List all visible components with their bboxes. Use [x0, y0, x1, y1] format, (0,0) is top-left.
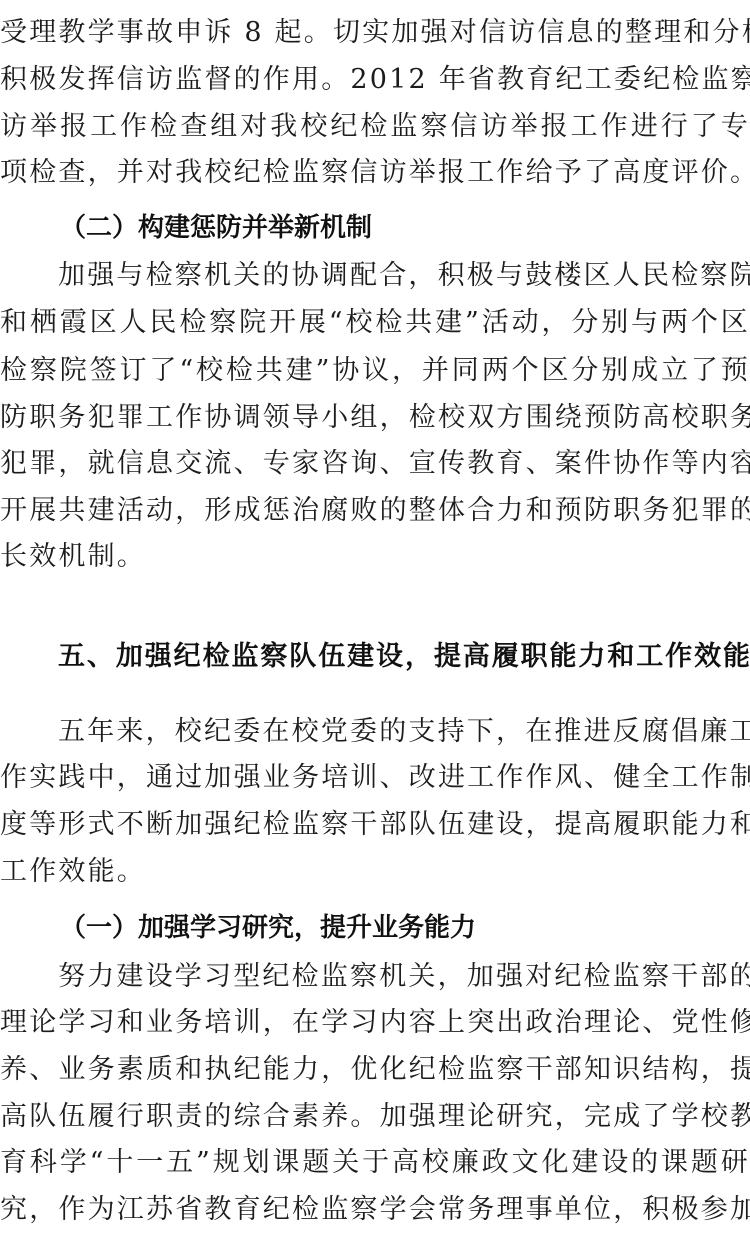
paragraph-line: 开展共建活动，形成惩治腐败的整体合力和预防职务犯罪的 [0, 491, 750, 531]
paragraph-line: 五年来，校纪委在校党委的支持下，在推进反腐倡廉工 [0, 712, 750, 752]
paragraph-line: 高队伍履行职责的综合素养。加强理论研究，完成了学校教 [0, 1097, 750, 1137]
paragraph-line: 育科学“十一五”规划课题关于高校廉政文化建设的课题研 [0, 1143, 750, 1183]
paragraph-line: 究，作为江苏省教育纪检监察学会常务理事单位，积极参加 [0, 1190, 750, 1230]
paragraph-line: 访举报工作检查组对我校纪检监察信访举报工作进行了专 [0, 107, 750, 147]
paragraph-line: 防职务犯罪工作协调领导小组，检校双方围绕预防高校职务 [0, 398, 750, 438]
paragraph-line: 作实践中，通过加强业务培训、改进工作作风、健全工作制 [0, 758, 750, 798]
paragraph-line: 长效机制。 [0, 537, 750, 577]
paragraph-line: 度等形式不断加强纪检监察干部队伍建设，提高履职能力和 [0, 805, 750, 845]
paragraph-line: 养、业务素质和执纪能力，优化纪检监察干部知识结构，提 [0, 1050, 750, 1090]
paragraph-line: 积极发挥信访监督的作用。2012 年省教育纪工委纪检监察信 [0, 60, 750, 100]
paragraph-line: 理论学习和业务培训，在学习内容上突出政治理论、党性修 [0, 1003, 750, 1043]
paragraph-line: 项检查，并对我校纪检监察信访举报工作给予了高度评价。 [0, 153, 750, 193]
section-heading: 五、加强纪检监察队伍建设，提高履职能力和工作效能 [58, 637, 750, 677]
paragraph-line: 检察院签订了“校检共建”协议，并同两个区分别成立了预 [0, 351, 750, 391]
paragraph-line: 加强与检察机关的协调配合，积极与鼓楼区人民检察院 [0, 256, 750, 296]
section-subheading: （二）构建惩防并举新机制 [60, 208, 372, 248]
paragraph-line: 工作效能。 [0, 852, 750, 892]
section-subheading: （一）加强学习研究，提升业务能力 [60, 908, 476, 948]
paragraph-line: 努力建设学习型纪检监察机关，加强对纪检监察干部的 [0, 957, 750, 997]
paragraph-line: 犯罪，就信息交流、专家咨询、宣传教育、案件协作等内容 [0, 444, 750, 484]
paragraph-line: 受理教学事故申诉 8 起。切实加强对信访信息的整理和分析， [0, 13, 750, 53]
paragraph-line: 和栖霞区人民检察院开展“校检共建”活动，分别与两个区 [0, 303, 750, 343]
document-page: 受理教学事故申诉 8 起。切实加强对信访信息的整理和分析， 积极发挥信访监督的作… [0, 0, 750, 1255]
